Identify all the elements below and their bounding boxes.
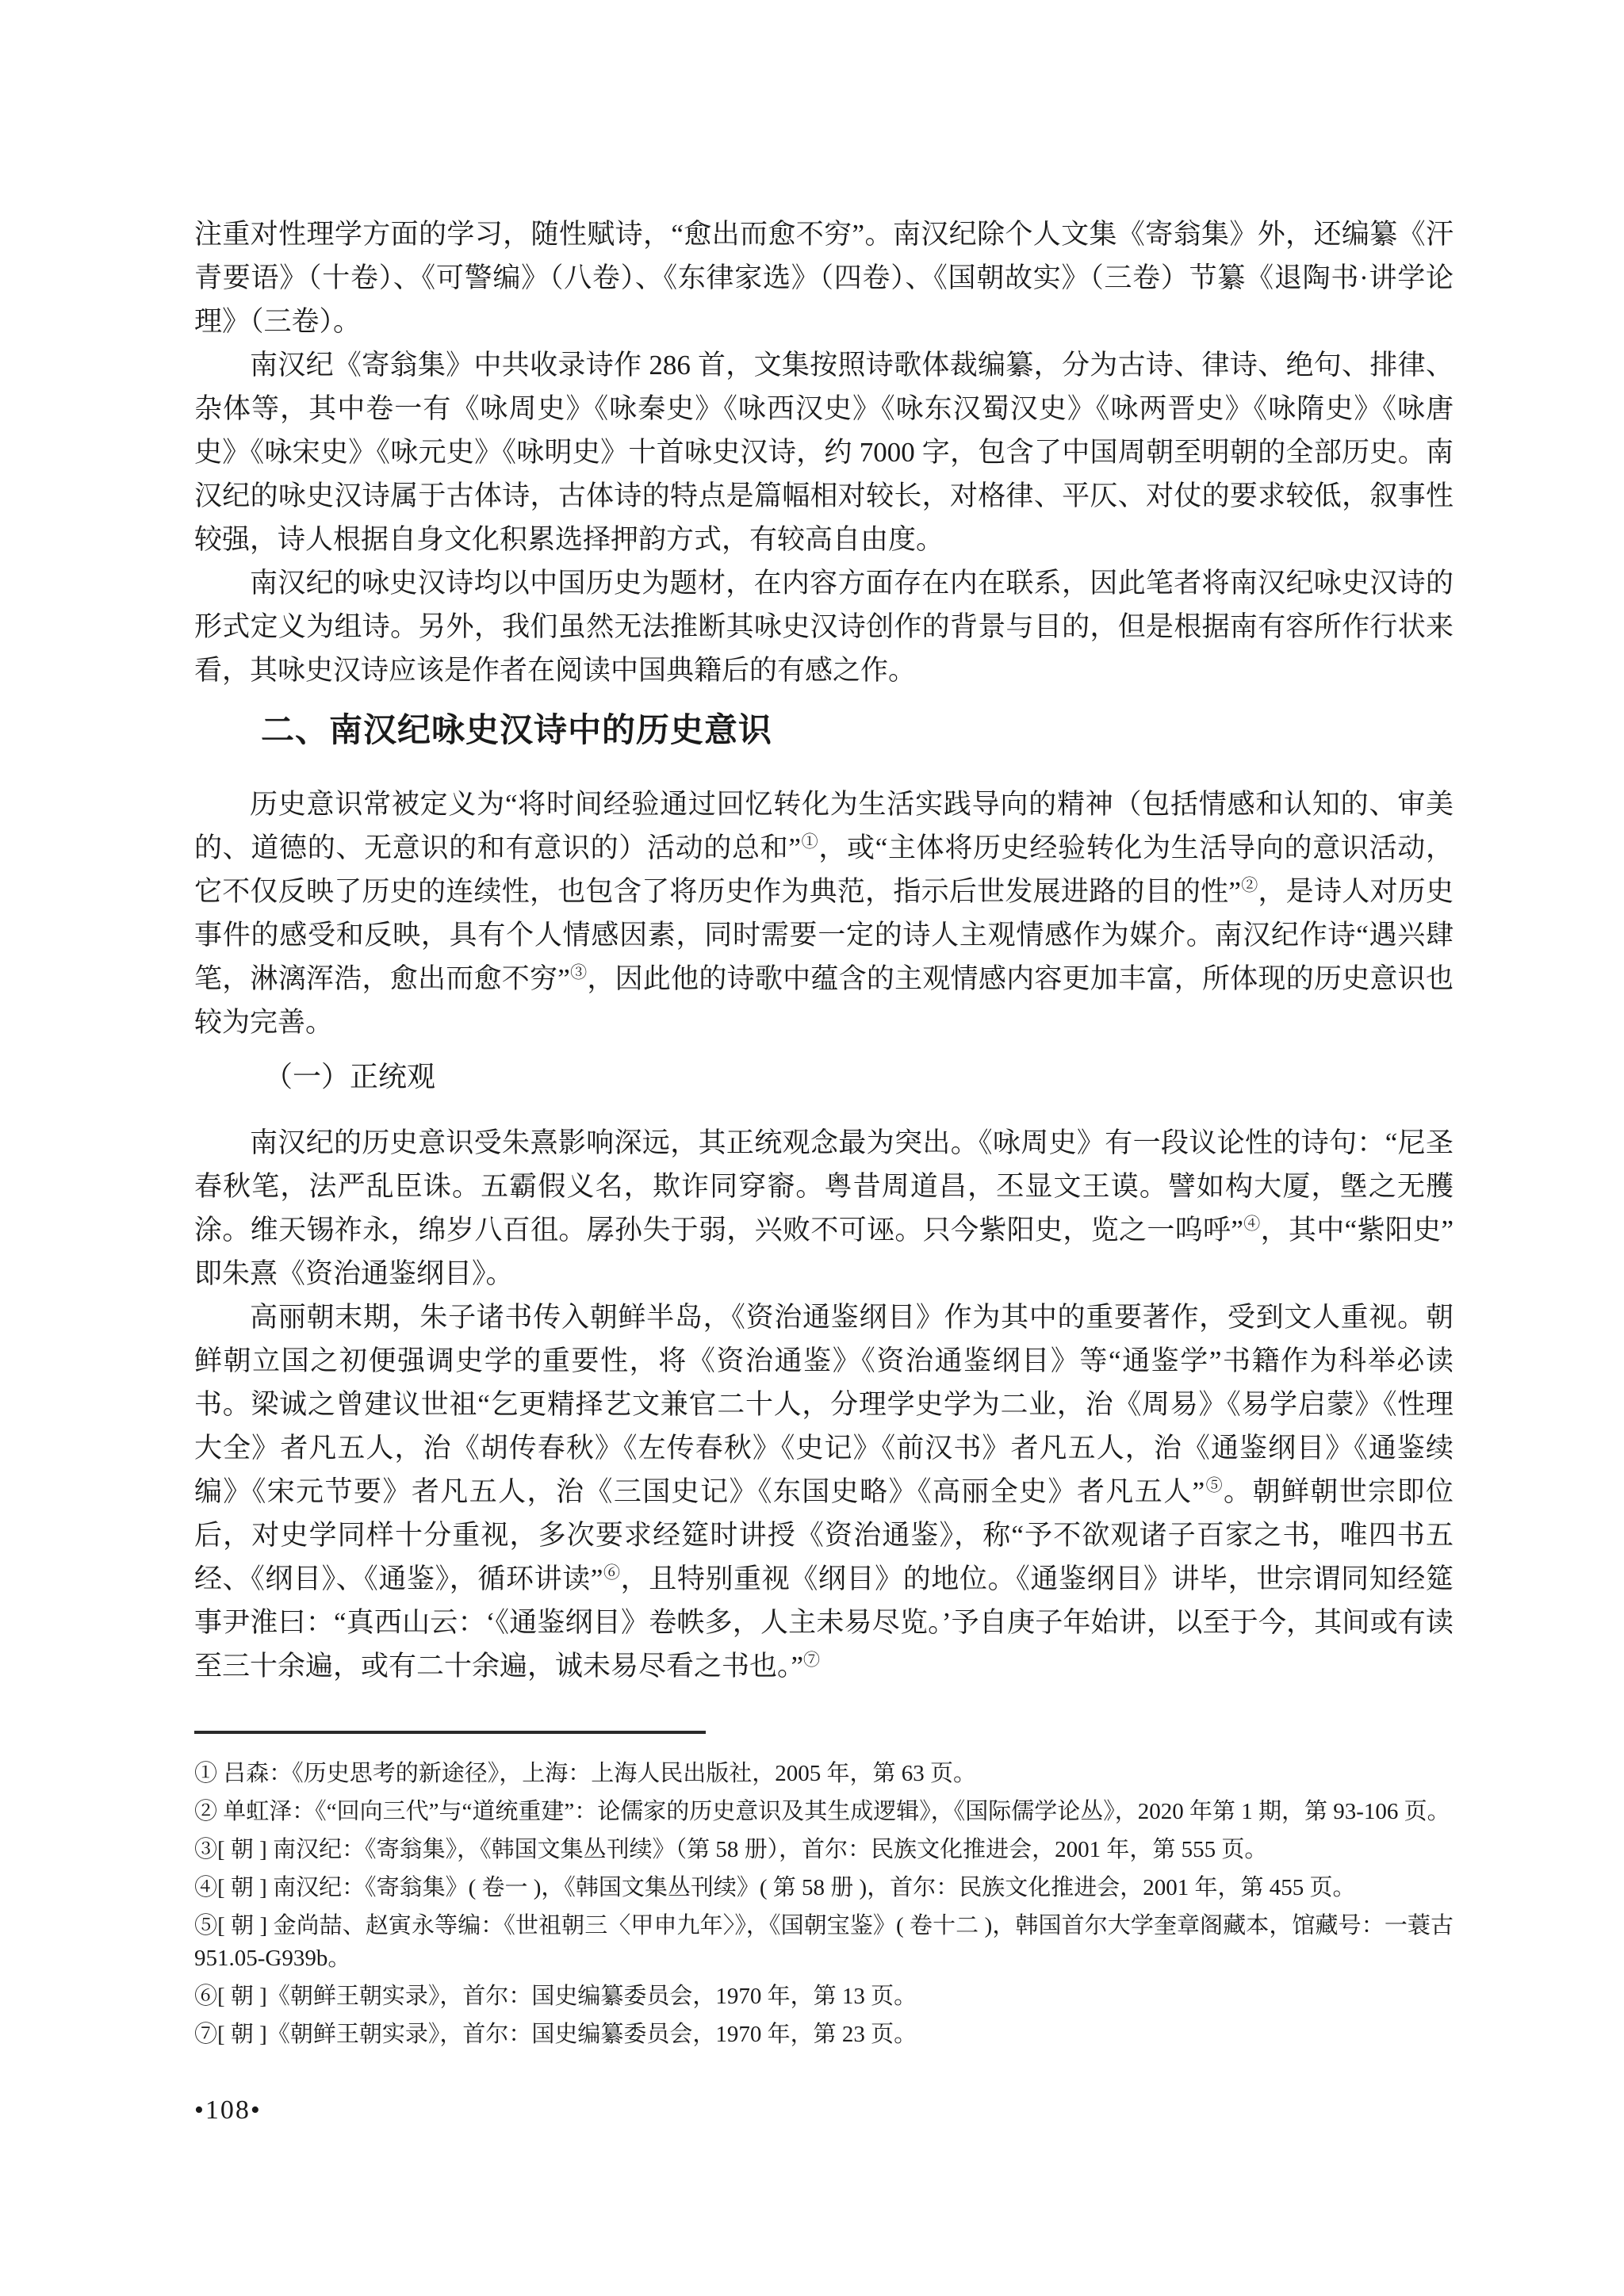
footnote-6: ⑥[ 朝 ]《朝鲜王朝实录》，首尔：国史编纂委员会，1970 年，第 13 页。 <box>194 1980 1454 2013</box>
footnote-2: ② 单虹泽：《“回向三代”与“道统重建”：论儒家的历史意识及其生成逻辑》，《国际… <box>194 1796 1454 1828</box>
footnote-3: ③[ 朝 ] 南汉纪：《寄翁集》，《韩国文集丛刊续》（第 58 册），首尔：民族… <box>194 1834 1454 1866</box>
footnotes-block: ① 吕森：《历史思考的新途径》，上海：上海人民出版社，2005 年，第 63 页… <box>194 1758 1454 2051</box>
body-paragraph-6: 高丽朝末期，朱子诸书传入朝鲜半岛，《资治通鉴纲目》作为其中的重要著作，受到文人重… <box>194 1295 1454 1688</box>
paper-page: 注重对性理学方面的学习，随性赋诗，“愈出而愈不穷”。南汉纪除个人文集《寄翁集》外… <box>0 0 1624 2296</box>
body-paragraph-1: 注重对性理学方面的学习，随性赋诗，“愈出而愈不穷”。南汉纪除个人文集《寄翁集》外… <box>194 212 1454 343</box>
footnote-5: ⑤[ 朝 ] 金尚喆、赵寅永等编：《世祖朝三〈甲申九年〉》，《国朝宝鉴》( 卷十… <box>194 1910 1454 1975</box>
footnote-7: ⑦[ 朝 ]《朝鲜王朝实录》，首尔：国史编纂委员会，1970 年，第 23 页。 <box>194 2019 1454 2051</box>
page-content: 注重对性理学方面的学习，随性赋诗，“愈出而愈不穷”。南汉纪除个人文集《寄翁集》外… <box>194 212 1454 2126</box>
subsection-heading: （一）正统观 <box>194 1055 1454 1099</box>
page-number: •108• <box>194 2095 1454 2126</box>
body-paragraph-5: 南汉纪的历史意识受朱熹影响深远，其正统观念最为突出。《咏周史》有一段议论性的诗句… <box>194 1121 1454 1295</box>
body-paragraph-4: 历史意识常被定义为“将时间经验通过回忆转化为生活实践导向的精神（包括情感和认知的… <box>194 783 1454 1044</box>
body-paragraph-3: 南汉纪的咏史汉诗均以中国历史为题材，在内容方面存在内在联系，因此笔者将南汉纪咏史… <box>194 561 1454 692</box>
footnote-4: ④[ 朝 ] 南汉纪：《寄翁集》( 卷一 )，《韩国文集丛刊续》( 第 58 册… <box>194 1872 1454 1904</box>
footnote-1: ① 吕森：《历史思考的新途径》，上海：上海人民出版社，2005 年，第 63 页… <box>194 1758 1454 1790</box>
footnote-separator <box>194 1731 706 1734</box>
section-heading: 二、南汉纪咏史汉诗中的历史意识 <box>194 708 1454 752</box>
body-paragraph-2: 南汉纪《寄翁集》中共收录诗作 286 首，文集按照诗歌体裁编纂，分为古诗、律诗、… <box>194 343 1454 561</box>
